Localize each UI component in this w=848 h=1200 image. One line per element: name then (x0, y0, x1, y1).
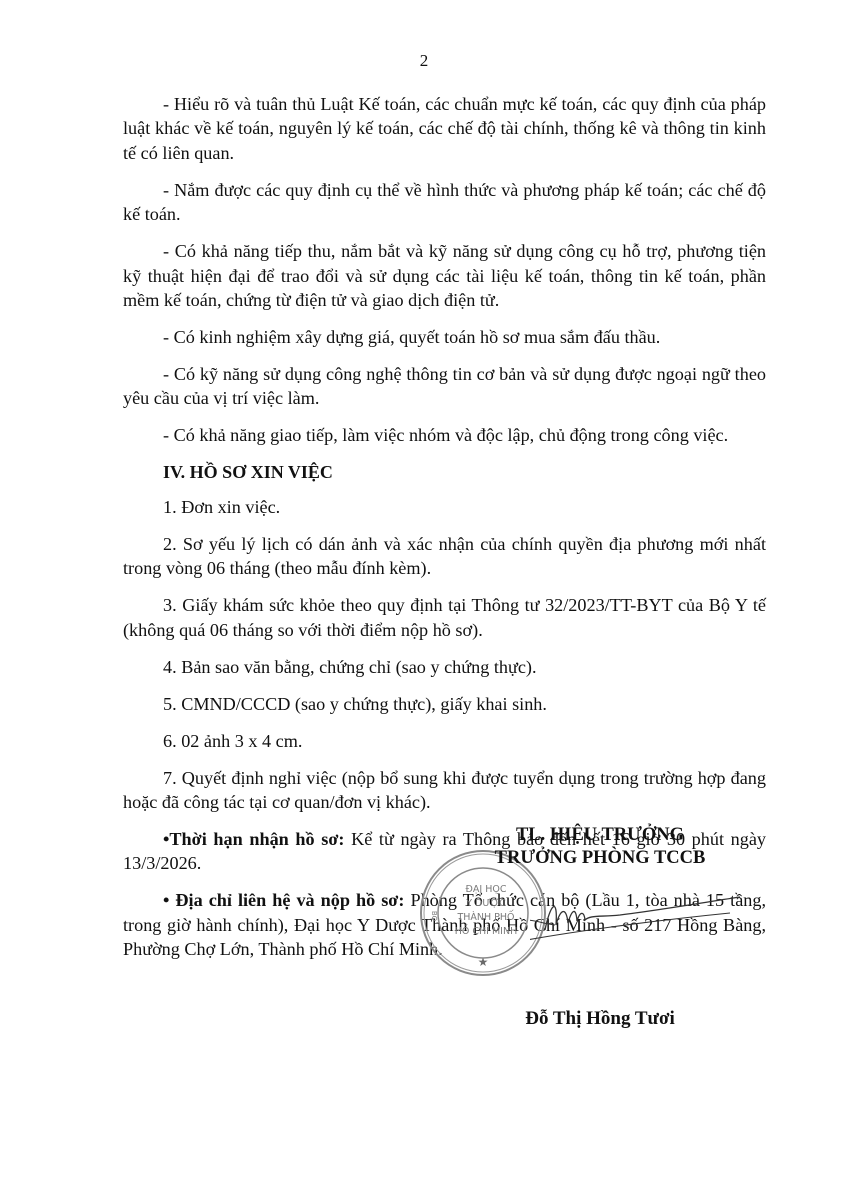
signature-title: TL. HIỆU TRƯỞNG TRƯỞNG PHÒNG TCCB (470, 824, 730, 870)
svg-text:THÀNH PHỐ: THÀNH PHỐ (456, 910, 514, 923)
document-item: 1. Đơn xin việc. (123, 495, 766, 519)
document-item: 2. Sơ yếu lý lịch có dán ảnh và xác nhận… (123, 532, 766, 581)
deadline-label: Thời hạn nhận hồ sơ: (169, 829, 344, 849)
document-item: 6. 02 ảnh 3 x 4 cm. (123, 729, 766, 753)
svg-text:ĐẠI HỌC: ĐẠI HỌC (466, 884, 507, 895)
requirement-item: - Có khả năng tiếp thu, nắm bắt và kỹ nă… (123, 239, 766, 312)
document-item: 4. Bản sao văn bằng, chứng chỉ (sao y ch… (123, 655, 766, 679)
document-item: 3. Giấy khám sức khỏe theo quy định tại … (123, 593, 766, 642)
signature-line-2: TRƯỞNG PHÒNG TCCB (470, 847, 730, 870)
signature-line-1: TL. HIỆU TRƯỞNG (470, 824, 730, 847)
svg-text:★: ★ (478, 955, 489, 969)
document-item: 7. Quyết định nghỉ việc (nộp bổ sung khi… (123, 766, 766, 815)
requirement-item: - Có kỹ năng sử dụng công nghệ thông tin… (123, 362, 766, 411)
address-label: Địa chỉ liên hệ và nộp hồ sơ: (175, 890, 404, 910)
document-item: 5. CMND/CCCD (sao y chứng thực), giấy kh… (123, 692, 766, 716)
svg-text:Y DƯỢC: Y DƯỢC (465, 898, 506, 909)
requirement-item: - Nắm được các quy định cụ thể về hình t… (123, 178, 766, 227)
requirement-item: - Có khả năng giao tiếp, làm việc nhóm v… (123, 423, 766, 447)
bullet-icon: • (163, 890, 169, 910)
signer-name: Đỗ Thị Hồng Tươi (480, 1008, 720, 1030)
page-number: 2 (0, 51, 848, 71)
section-heading: IV. HỒ SƠ XIN VIỆC (123, 460, 766, 484)
svg-text:BỘ: BỘ (430, 911, 439, 922)
requirement-item: - Hiểu rõ và tuân thủ Luật Kế toán, các … (123, 92, 766, 165)
signature-icon (530, 885, 770, 955)
requirement-item: - Có kinh nghiệm xây dựng giá, quyết toá… (123, 325, 766, 349)
svg-text:HỒ CHÍ MINH: HỒ CHÍ MINH (455, 924, 518, 937)
